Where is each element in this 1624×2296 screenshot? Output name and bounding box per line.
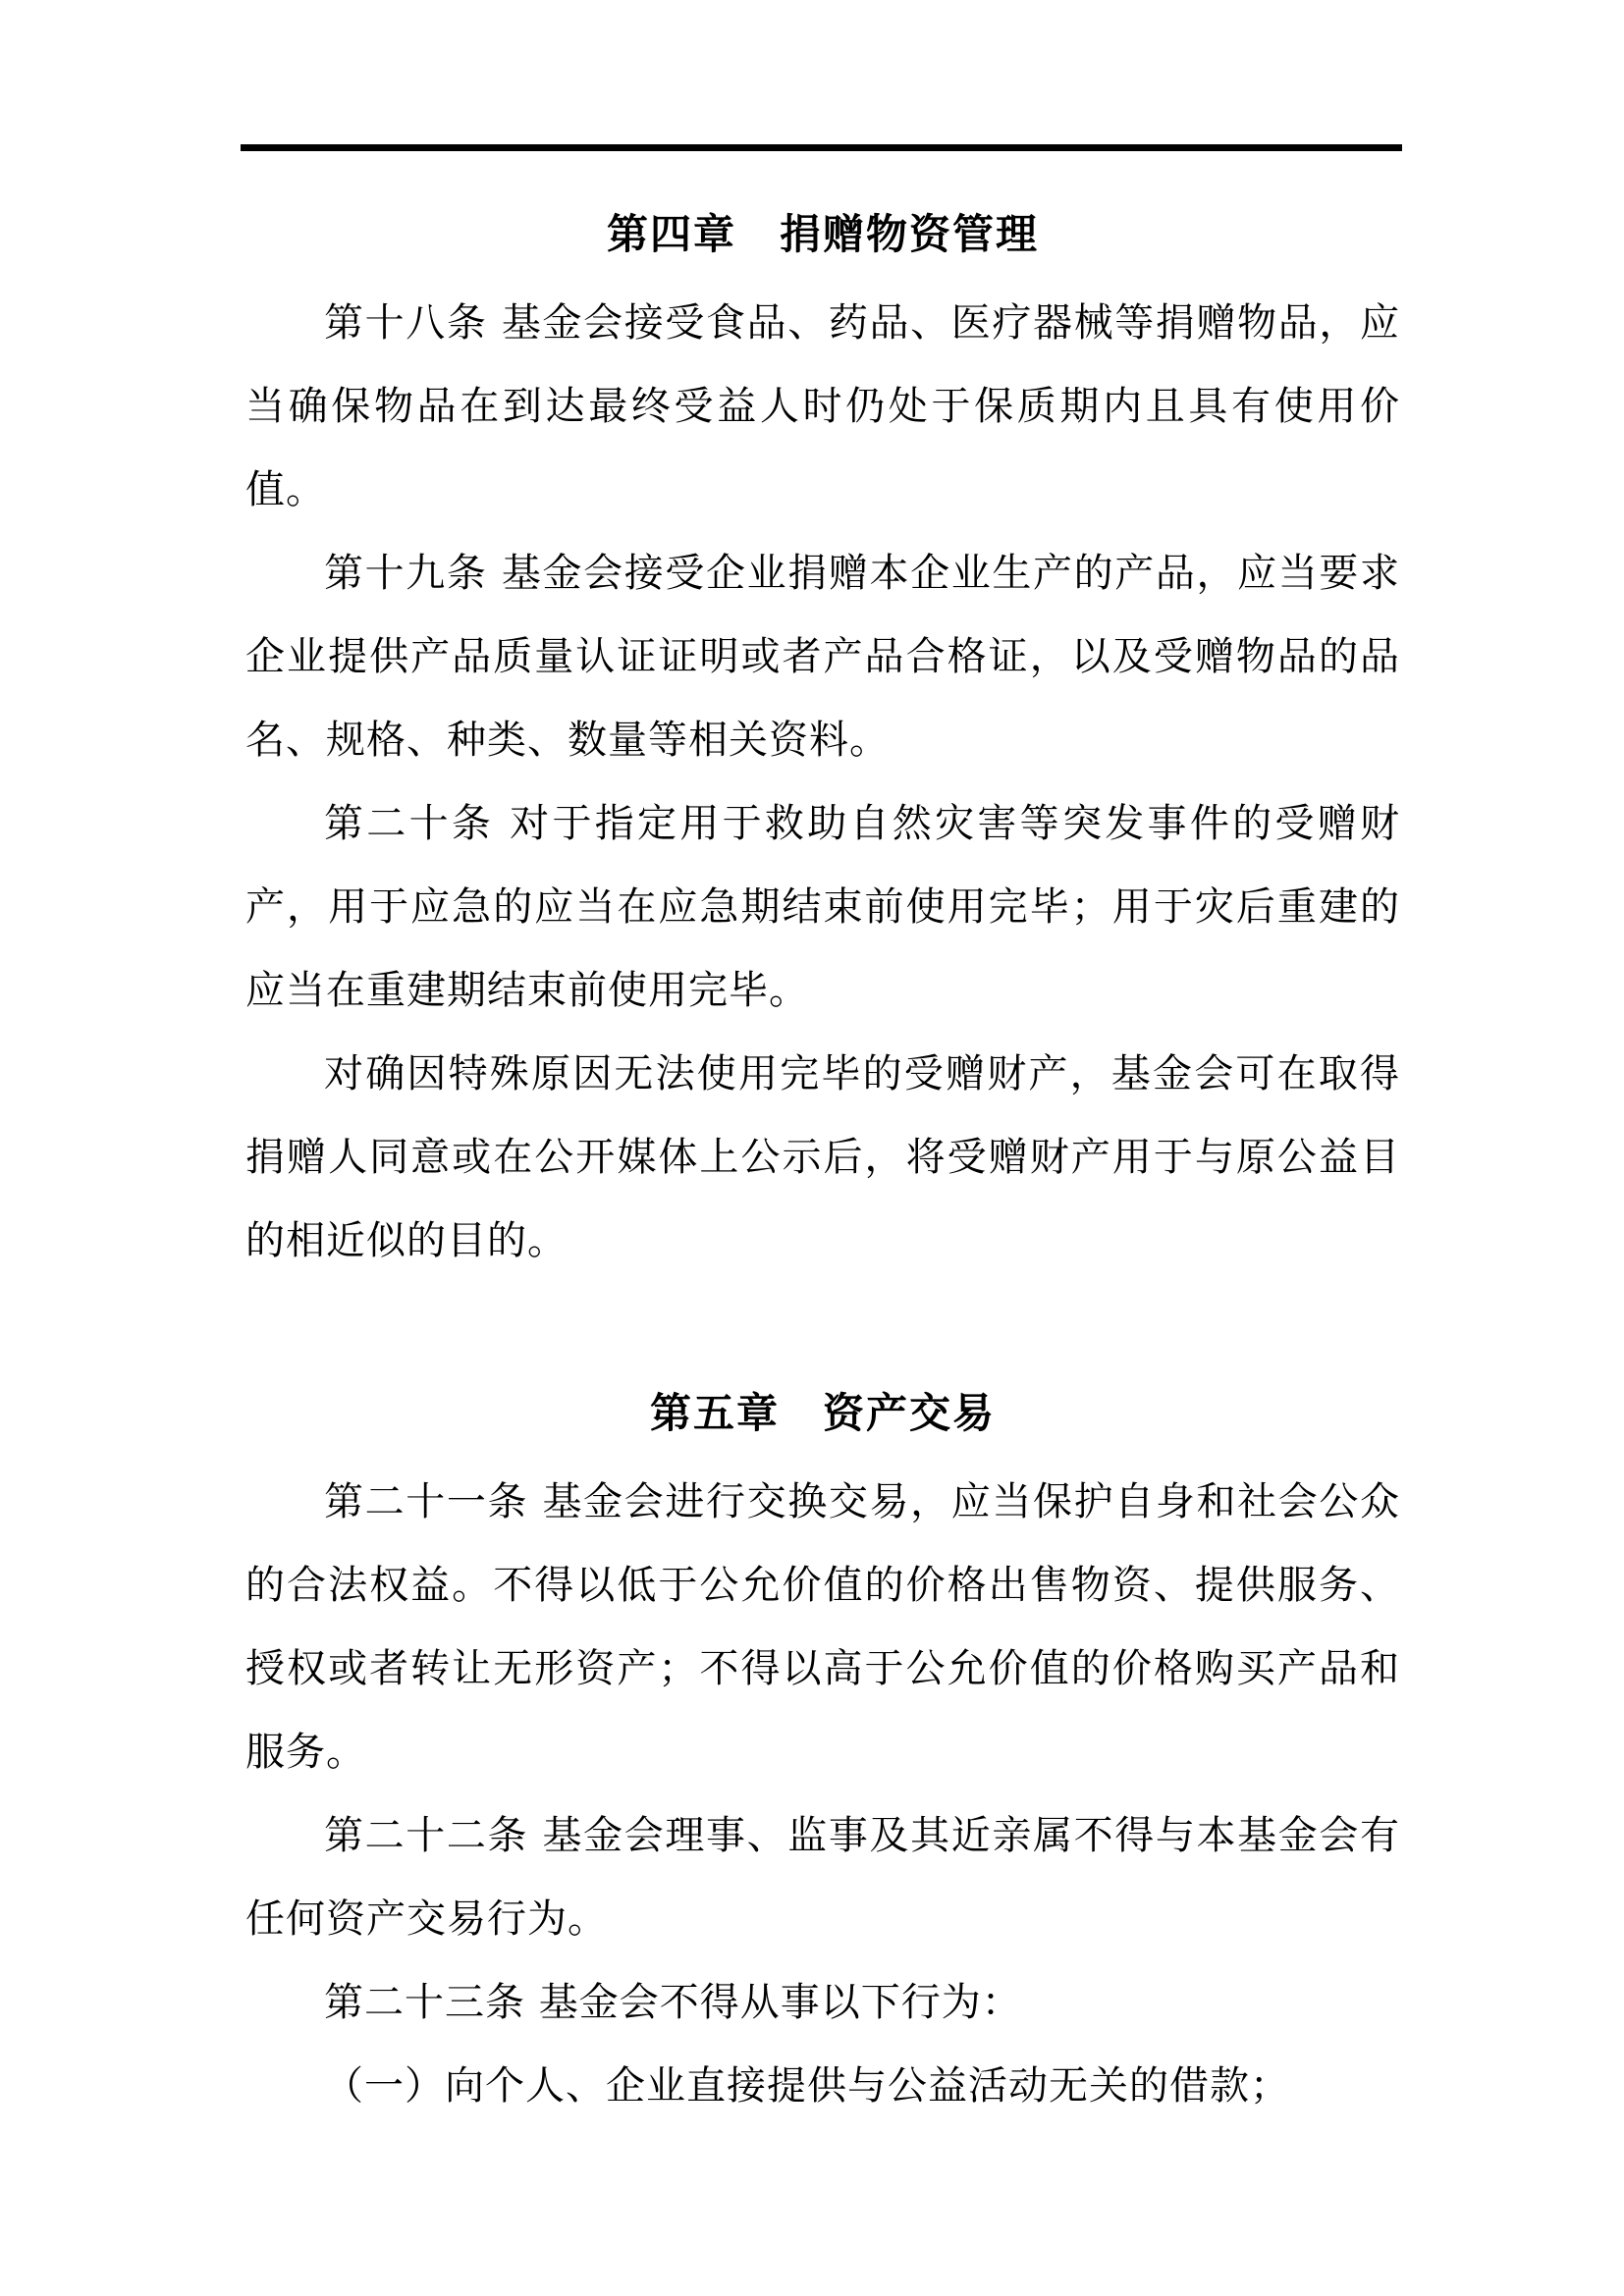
paragraph-article-19: 第十九条 基金会接受企业捐赠本企业生产的产品，应当要求企业提供产品质量认证证明或…	[245, 532, 1400, 782]
paragraph-article-23-item-1: （一）向个人、企业直接提供与公益活动无关的借款；	[245, 2045, 1400, 2128]
chapter-5-heading: 第五章 资产交易	[245, 1371, 1400, 1455]
paragraph-article-20: 第二十条 对于指定用于救助自然灾害等突发事件的受赠财产，用于应急的应当在应急期结…	[245, 782, 1400, 1033]
paragraph-article-20-continued: 对确因特殊原因无法使用完毕的受赠财产，基金会可在取得捐赠人同意或在公开媒体上公示…	[245, 1033, 1400, 1283]
paragraph-article-18: 第十八条 基金会接受食品、药品、医疗器械等捐赠物品，应当确保物品在到达最终受益人…	[245, 282, 1400, 532]
chapter-4-heading: 第四章 捐赠物资管理	[245, 192, 1400, 276]
document-body: 第四章 捐赠物资管理 第十八条 基金会接受食品、药品、医疗器械等捐赠物品，应当确…	[245, 192, 1400, 2128]
document-page: 第四章 捐赠物资管理 第十八条 基金会接受食品、药品、医疗器械等捐赠物品，应当确…	[0, 0, 1624, 2296]
header-rule-divider	[241, 144, 1402, 151]
paragraph-article-21: 第二十一条 基金会进行交换交易，应当保护自身和社会公众的合法权益。不得以低于公允…	[245, 1461, 1400, 1794]
paragraph-article-22: 第二十二条 基金会理事、监事及其近亲属不得与本基金会有任何资产交易行为。	[245, 1794, 1400, 1961]
paragraph-article-23: 第二十三条 基金会不得从事以下行为：	[245, 1961, 1400, 2045]
